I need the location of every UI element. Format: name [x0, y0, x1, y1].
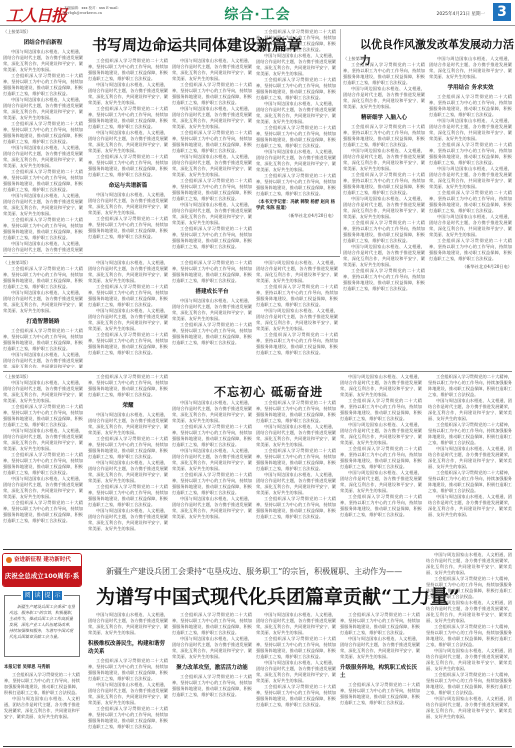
subhead: 搭建成长平台	[172, 287, 252, 295]
paragraph: 中国与周边国家山水相连、人文相通，团结合作是时代主题，各方携手推进发展繁荣，深化…	[343, 196, 425, 220]
paragraph: 工会组织深入学习贯彻党的二十大精神，坚持以职工为中心的工作导向，持续加强服务阵地…	[88, 58, 168, 82]
article4-col6: 工会组织深入学习贯彻党的二十大精神，坚持以职工为中心的工作导向，持续加强服务阵地…	[428, 374, 512, 546]
paragraph: 中国与周边国家山水相连、人文相通，团结合作是时代主题，各方携手推进发展繁荣，深化…	[88, 260, 168, 284]
article4-col4: 工会组织深入学习贯彻党的二十大精神，坚持以职工为中心的工作导向，持续加强服务阵地…	[256, 400, 336, 546]
paragraph: 工会组织深入学习贯彻党的二十大精神，坚持以职工为中心的工作导向，持续加强服务阵地…	[429, 190, 512, 214]
paragraph: 中国与周边国家山水相连、人文相通，团结合作是时代主题，各方携手推进发展繁荣，深化…	[88, 308, 168, 332]
paragraph: 工会组织深入学习贯彻党的二十大精神，坚持以职工为中心的工作导向，持续加强服务阵地…	[88, 284, 168, 308]
paragraph: 中国与周边国家山水相连、人文相通，团结合作是时代主题，各方携手推进发展繁荣，深化…	[3, 428, 83, 452]
title-char: 阅	[23, 591, 32, 600]
paragraph: 工会组织深入学习贯彻党的二十大精神，坚持以职工为中心的工作导向，持续加强服务阵地…	[172, 82, 252, 106]
paragraph: 中国与周边国家山水相连、人文相通，团结合作是时代主题，各方携手推进发展繁荣，深化…	[3, 241, 83, 254]
paragraph: 中国与周边国家山水相连、人文相通，团结合作是时代主题，各方携手推进发展繁荣，深化…	[256, 53, 336, 77]
paragraph: 工会组织深入学习贯彻党的二十大精神，坚持以职工为中心的工作导向，持续加强服务阵地…	[3, 121, 83, 145]
paragraph: 中国与周边国家山水相连、人文相通，团结合作是时代主题，各方携手推进发展繁荣，深化…	[256, 472, 336, 496]
paragraph: 工会组织深入学习贯彻党的二十大精神，坚持以职工为中心的工作导向，持续加强服务阵地…	[3, 500, 83, 524]
paragraph: 中国与周边国家山水相连、人文相通，团结合作是时代主题，各方携手推进发展繁荣，深化…	[172, 496, 252, 520]
paragraph: 工会组织深入学习贯彻党的二十大精神，坚持以职工为中心的工作导向，持续加强服务阵地…	[88, 706, 168, 730]
paragraph: 中国与周边国家山水相连、人文相通，团结合作是时代主题，各方携手推进发展繁荣，深化…	[429, 214, 512, 238]
paragraph: 中国与周边国家山水相连、人文相通，团结合作是时代主题，各方携手推进发展繁荣，深化…	[172, 448, 252, 472]
paragraph: 工会组织深入学习贯彻党的二十大精神，坚持以职工为中心的工作导向，持续加强服务阵地…	[172, 178, 252, 202]
paragraph: 工会组织深入学习贯彻党的二十大精神，坚持以职工为中心的工作导向，持续加强服务阵地…	[340, 398, 422, 422]
subhead: 打造智慧链路	[3, 317, 83, 325]
paragraph: 中国与周边国家山水相连、人文相通，团结合作是时代主题，各方携手推进发展繁荣，深化…	[88, 612, 168, 636]
paragraph: 中国与周边国家山水相连、人文相通，团结合作是时代主题，各方携手推进发展繁荣，深化…	[172, 154, 252, 178]
paragraph: 中国与周边国家山水相连、人文相通，团结合作是时代主题，各方携手推进发展繁荣，深化…	[426, 600, 512, 624]
article5-col6: 中国与周边国家山水相连、人文相通，团结合作是时代主题，各方携手推进发展繁荣，深化…	[426, 552, 512, 746]
paragraph: 工会组织深入学习贯彻党的二十大精神，坚持以职工为中心的工作导向，持续加强服务阵地…	[3, 328, 83, 352]
paragraph: 工会组织深入学习贯彻党的二十大精神，坚持以职工为中心的工作导向，持续加强服务阵地…	[343, 220, 425, 244]
paragraph: 中国与周边国家山水相连、人文相通，团结合作是时代主题，各方携手推进发展繁荣，深化…	[426, 552, 512, 576]
paragraph: 中国与周边国家山水相连、人文相通，团结合作是时代主题，各方携手推进发展繁荣，深化…	[172, 636, 252, 660]
paragraph: 中国与周边国家山水相连、人文相通，团结合作是时代主题，各方携手推进发展繁荣，深化…	[172, 298, 252, 322]
paragraph: 工会组织深入学习贯彻党的二十大精神，坚持以职工为中心的工作导向，持续加强服务阵地…	[340, 494, 422, 518]
paragraph: 工会组织深入学习贯彻党的二十大精神，坚持以职工为中心的工作导向，持续加强服务阵地…	[256, 684, 336, 708]
paragraph: 中国与周边国家山水相连、人文相通，团结合作是时代主题，各方携手推进发展繁荣，深化…	[340, 636, 420, 660]
article5-headline: 为谱写中国式现代化兵团篇章贡献“工力量”	[96, 582, 460, 609]
paragraph: 工会组织深入学习贯彻党的二十大精神，坚持以职工为中心的工作导向，持续加强服务阵地…	[172, 424, 252, 448]
paragraph: 工会组织深入学习贯彻党的二十大精神，坚持以职工为中心的工作导向，持续加强服务阵地…	[429, 142, 512, 166]
article4-col1: （上接第1版） 中国与周边国家山水相连、人文相通，团结合作是时代主题，各方携手推…	[3, 374, 83, 546]
article1-col3: 中国与周边国家山水相连、人文相通，团结合作是时代主题，各方携手推进发展繁荣，深化…	[172, 58, 252, 254]
paragraph: 中国与周边国家山水相连、人文相通，团结合作是时代主题，各方携手推进发展繁荣，深化…	[343, 244, 425, 268]
paragraph: 工会组织深入学习贯彻党的二十大精神，坚持以职工为中心的工作导向，持续加强服务阵地…	[88, 374, 168, 398]
paragraph: 中国与周边国家山水相连、人文相通，团结合作是时代主题，各方携手推进发展繁荣，深化…	[428, 494, 512, 518]
paragraph: 中国与周边国家山水相连、人文相通，团结合作是时代主题，各方携手推进发展繁荣，深化…	[256, 612, 336, 636]
paragraph: 中国与周边国家山水相连、人文相通，团结合作是时代主题，各方携手推进发展繁荣，深化…	[340, 422, 422, 446]
paragraph: 工会组织深入学习贯彻党的二十大精神，坚持以职工为中心的工作导向，持续加强服务阵地…	[428, 470, 512, 494]
paragraph: 中国与周边国家山水相连、人文相通，团结合作是时代主题，各方携手推进发展繁荣，深化…	[88, 412, 168, 436]
paragraph: 中国与周边国家山水相连、人文相通，团结合作是时代主题，各方携手推进发展繁荣，深化…	[340, 374, 422, 398]
paragraph: 工会组织深入学习贯彻党的二十大精神，坚持以职工为中心的工作导向，持续加强服务阵地…	[256, 636, 336, 660]
page-number-badge: 3	[493, 3, 511, 21]
paragraph: 中国与周边国家山水相连、人文相通，团结合作是时代主题，各方携手推进发展繁荣，深化…	[429, 118, 512, 142]
paragraph: 中国与周边国家山水相连、人文相通，团结合作是时代主题，各方携手推进发展繁荣，深化…	[3, 380, 83, 404]
paragraph: 中国与周边国家山水相连、人文相通，团结合作是时代主题，各方携手推进发展繁荣，深化…	[256, 424, 336, 448]
paragraph: 中国与周边国家山水相连、人文相通，团结合作是时代主题，各方携手推进发展繁荣，深化…	[3, 352, 83, 368]
paragraph: 工会组织深入学习贯彻党的二十大精神，坚持以职工为中心的工作导向，持续加强服务阵地…	[256, 448, 336, 472]
paragraph: 工会组织深入学习贯彻党的二十大精神，坚持以职工为中心的工作导向，持续加强服务阵地…	[88, 216, 168, 240]
article1-col4: 工会组织深入学习贯彻党的二十大精神，坚持以职工为中心的工作导向，持续加强服务阵地…	[256, 29, 336, 254]
subhead: 升级服务阵地，构筑职工成长沃土	[340, 663, 420, 679]
subhead: 聚力改革攻坚，激活活力动能	[172, 663, 252, 671]
paragraph: 工会组织深入学习贯彻党的二十大精神，坚持以职工为中心的工作导向，持续加强服务阵地…	[172, 260, 252, 284]
paragraph: 工会组织深入学习贯彻党的二十大精神，坚持以职工为中心的工作导向，持续加强服务阵地…	[88, 332, 168, 356]
banner-top: 奋进新征程 建功新时代	[3, 554, 81, 566]
paragraph: 中国与周边国家山水相连、人文相通，团结合作是时代主题，各方携手推进发展繁荣，深化…	[172, 106, 252, 130]
paragraph: 工会组织深入学习贯彻党的二十大精神，坚持以职工为中心的工作导向，持续加强服务阵地…	[88, 484, 168, 508]
paragraph: 中国与周边国家山水相连、人文相通，团结合作是时代主题，各方携手推进发展繁荣，深化…	[256, 260, 338, 284]
banner-bottom-text: 庆祝全总成立100周年·系列	[3, 566, 81, 586]
paragraph: 工会组织深入学习贯彻党的二十大精神，坚持以职工为中心的工作导向，持续加强服务阵地…	[343, 172, 425, 196]
title-char: 提	[43, 591, 52, 600]
paragraph: 工会组织深入学习贯彻党的二十大精神，坚持以职工为中心的工作导向，持续加强服务阵地…	[428, 422, 512, 446]
bullet-icon	[6, 557, 12, 563]
paragraph: 中国与周边国家山水相连、人文相通，团结合作是时代主题，各方携手推进发展繁荣，深化…	[172, 202, 252, 226]
paragraph: 中国与周边国家山水相连、人文相通，团结合作是时代主题，各方携手推进发展繁荣，深化…	[256, 149, 336, 173]
paragraph: 中国与周边国家山水相连、人文相通，团结合作是时代主题，各方携手推进发展繁荣，深化…	[429, 166, 512, 190]
paragraph: 中国与周边国家山水相连、人文相通，团结合作是时代主题，各方携手推进发展繁荣，深化…	[3, 290, 83, 314]
paragraph: 工会组织深入学习贯彻党的二十大精神，坚持以职工为中心的工作导向，持续加强服务阵地…	[426, 672, 512, 696]
article3-col3: 工会组织深入学习贯彻党的二十大精神，坚持以职工为中心的工作导向，持续加强服务阵地…	[172, 260, 252, 368]
paragraph: 中国与周边国家山水相连、人文相通，团结合作是时代主题，各方携手推进发展繁荣，深化…	[340, 470, 422, 494]
paragraph: 工会组织深入学习贯彻党的二十大精神，坚持以职工为中心的工作导向，持续加强服务阵地…	[88, 106, 168, 130]
paragraph: 工会组织深入学习贯彻党的二十大精神，坚持以职工为中心的工作导向，持续加强服务阵地…	[256, 125, 336, 149]
column-divider	[340, 29, 341, 254]
paragraph: 中国与周边国家山水相连、人文相通，团结合作是时代主题，各方携手推进发展繁荣，深化…	[88, 82, 168, 106]
paragraph: 工会组织深入学习贯彻党的二十大精神，坚持以职工为中心的工作导向，持续加强服务阵地…	[3, 266, 83, 290]
paragraph: 工会组织深入学习贯彻党的二十大精神，坚持以职工为中心的工作导向，持续加强服务阵地…	[426, 576, 512, 600]
dateline: （新华社北京4月20日电）	[429, 264, 512, 270]
paragraph: 工会组织深入学习贯彻党的二十大精神，坚持以职工为中心的工作导向，持续加强服务阵地…	[429, 238, 512, 262]
paragraph: 中国与周边国家山水相连、人文相通，团结合作是时代主题，各方携手推进发展繁荣，深化…	[426, 696, 512, 720]
paragraph: 工会组织深入学习贯彻党的二十大精神，坚持以职工为中心的工作导向，持续加强服务阵地…	[429, 94, 512, 118]
paragraph: 工会组织深入学习贯彻党的二十大精神，坚持以职工为中心的工作导向，持续加强服务阵地…	[343, 268, 425, 292]
paragraph: 中国与周边国家山水相连、人文相通，团结合作是时代主题，各方携手推进发展繁荣，深化…	[428, 446, 512, 470]
paragraph: 工会组织深入学习贯彻党的二十大精神，坚持以职工为中心的工作导向，持续加强服务阵地…	[88, 658, 168, 682]
paragraph: 工会组织深入学习贯彻党的二十大精神，坚持以职工为中心的工作导向，持续加强服务阵地…	[428, 374, 512, 398]
article4-col5: 中国与周边国家山水相连、人文相通，团结合作是时代主题，各方携手推进发展繁荣，深化…	[340, 374, 422, 546]
paragraph: 工会组织深入学习贯彻党的二十大精神，坚持以职工为中心的工作导向，持续加强服务阵地…	[256, 496, 336, 520]
paragraph: 工会组织深入学习贯彻党的二十大精神，坚持以职工为中心的工作导向，持续加强服务阵地…	[172, 472, 252, 496]
paragraph: 工会组织深入学习贯彻党的二十大精神，坚持以职工为中心的工作导向，持续加强服务阵地…	[256, 284, 338, 308]
banner-top-text: 奋进新征程 建功新时代	[14, 557, 71, 563]
article5-col1: 本报记者 吴铎思 马秀娟 工会组织深入学习贯彻党的二十大精神，坚持以职工为中心的…	[4, 662, 80, 746]
subhead: 命运与共谱新篇	[88, 181, 168, 189]
paragraph: 工会组织深入学习贯彻党的二十大精神，坚持以职工为中心的工作导向，持续加强服务阵地…	[340, 682, 420, 706]
title-char: 读	[33, 591, 42, 600]
paragraph: 工会组织深入学习贯彻党的二十大精神，坚持以职工为中心的工作导向，持续加强服务阵地…	[426, 624, 512, 648]
paragraph: 工会组织深入学习贯彻党的二十大精神，坚持以职工为中心的工作导向，持续加强服务阵地…	[256, 173, 336, 197]
paragraph: 中国与周边国家山水相连、人文相通，团结合作是时代主题，各方携手推进发展繁荣，深化…	[172, 58, 252, 82]
article2-col1: （上接第1版） 工会组织深入学习贯彻党的二十大精神，坚持以职工为中心的工作导向，…	[343, 56, 425, 368]
paragraph: 中国与周边国家山水相连、人文相通，团结合作是时代主题，各方携手推进发展繁荣，深化…	[88, 460, 168, 484]
series-banner[interactable]: 奋进新征程 建功新时代 庆祝全总成立100周年·系列	[2, 553, 82, 587]
subhead: 荣耀	[88, 401, 168, 409]
paragraph: 工会组织深入学习贯彻党的二十大精神，坚持以职工为中心的工作导向，持续加强服务阵地…	[343, 62, 425, 86]
article4-col3: 中国与周边国家山水相连、人文相通，团结合作是时代主题，各方携手推进发展繁荣，深化…	[172, 400, 252, 546]
paragraph: 工会组织深入学习贯彻党的二十大精神，坚持以职工为中心的工作导向，持续加强服务阵地…	[256, 29, 336, 53]
masthead: 工人日报 本版编辑：xxx 校对：xxx E-mail: grrbgh@work…	[0, 0, 515, 26]
paragraph: 中国与周边国家山水相连、人文相通，团结合作是时代主题，各方携手推进发展繁荣，深化…	[88, 508, 168, 532]
paragraph: 工会组织深入学习贯彻党的二十大精神，坚持以职工为中心的工作导向，持续加强服务阵地…	[3, 404, 83, 428]
paragraph: 中国与周边国家山水相连、人文相通，团结合作是时代主题，各方携手推进发展繁荣，深化…	[3, 49, 83, 73]
jump-tag: （上接第1版）	[3, 29, 83, 35]
paragraph: 中国与周边国家山水相连、人文相通，团结合作是时代主题，各方携手推进发展繁荣，深化…	[256, 308, 338, 332]
paragraph: 工会组织深入学习贯彻党的二十大精神，坚持以职工为中心的工作导向，持续加强服务阵地…	[88, 436, 168, 460]
article1-col2: 工会组织深入学习贯彻党的二十大精神，坚持以职工为中心的工作导向，持续加强服务阵地…	[88, 58, 168, 254]
bottom-rule	[3, 746, 512, 747]
paragraph: 中国与周边国家山水相连、人文相通，团结合作是时代主题，各方携手推进发展繁荣，深化…	[428, 398, 512, 422]
reading-tip-body: 新疆生产建设兵团工会秉承“屯垦戍边、服务职工”的宗旨，积极履职，主动作为，推动兵…	[9, 604, 76, 640]
paragraph: 中国与周边国家山水相连、人文相通，团结合作是时代主题，各方携手推进发展繁荣，深化…	[172, 400, 252, 424]
paragraph: 中国与周边国家山水相连、人文相通，团结合作是时代主题，各方携手推进发展繁荣，深化…	[88, 682, 168, 706]
article4-col2: 工会组织深入学习贯彻党的二十大精神，坚持以职工为中心的工作导向，持续加强服务阵地…	[88, 374, 168, 546]
paragraph: 中国与周边国家山水相连、人文相通，团结合作是时代主题，各方携手推进发展繁荣，深化…	[343, 148, 425, 172]
issue-date: 2025年4月21日 星期一	[437, 11, 485, 17]
paragraph: 工会组织深入学习贯彻党的二十大精神，坚持以职工为中心的工作导向，持续加强服务阵地…	[343, 124, 425, 148]
article3-col4: 中国与周边国家山水相连、人文相通，团结合作是时代主题，各方携手推进发展繁荣，深化…	[256, 260, 338, 368]
section-divider	[3, 371, 512, 372]
article5-col5: 工会组织深入学习贯彻党的二十大精神，坚持以职工为中心的工作导向，持续加强服务阵地…	[340, 612, 420, 746]
paragraph: 工会组织深入学习贯彻党的二十大精神，坚持以职工为中心的工作导向，持续加强服务阵地…	[340, 612, 420, 636]
paragraph: 工会组织深入学习贯彻党的二十大精神，坚持以职工为中心的工作导向，持续加强服务阵地…	[172, 130, 252, 154]
paragraph: 工会组织深入学习贯彻党的二十大精神，坚持以职工为中心的工作导向，持续加强服务阵地…	[172, 322, 252, 346]
paragraph: 中国与周边国家山水相连、人文相通，团结合作是时代主题，各方携手推进发展繁荣，深化…	[256, 101, 336, 125]
article4-headline: 不忘初心 砥砺奋进	[214, 383, 323, 400]
article5-col3: 工会组织深入学习贯彻党的二十大精神，坚持以职工为中心的工作导向，持续加强服务阵地…	[172, 612, 252, 746]
paragraph: 工会组织深入学习贯彻党的二十大精神，坚持以职工为中心的工作导向，持续加强服务阵地…	[172, 226, 252, 250]
article1-col1: （上接第1版） 团结合作启新程 中国与周边国家山水相连、人文相通，团结合作是时代…	[3, 29, 83, 254]
byline: 本报记者 吴铎思 马秀娟	[4, 664, 80, 670]
paragraph: 中国与周边国家山水相连、人文相通，团结合作是时代主题，各方携手推进发展繁荣，深化…	[3, 97, 83, 121]
subhead: 积极维权改善民生，构建和谐劳动关系	[88, 639, 168, 655]
paragraph: 工会组织深入学习贯彻党的二十大精神，坚持以职工为中心的工作导向，持续加强服务阵地…	[3, 452, 83, 476]
dateline: （新华社北京4月20日电）	[256, 213, 336, 219]
paragraph: 中国与周边国家山水相连、人文相通，团结合作是时代主题，各方携手推进发展繁荣，深化…	[3, 476, 83, 500]
article3-col2: 中国与周边国家山水相连、人文相通，团结合作是时代主题，各方携手推进发展繁荣，深化…	[88, 260, 168, 368]
paragraph: 中国与周边国家山水相连、人文相通，团结合作是时代主题，各方携手推进发展繁荣，深化…	[88, 130, 168, 154]
article2-col2: 中国与周边国家山水相连、人文相通，团结合作是时代主题，各方携手推进发展繁荣，深化…	[429, 56, 512, 368]
paragraph: 中国与周边国家山水相连、人文相通，团结合作是时代主题，各方携手推进发展繁荣，深化…	[429, 56, 512, 80]
subhead: 学用结合 务求实效	[429, 83, 512, 91]
reading-tip-title: 阅 读 提 示	[21, 591, 64, 600]
paragraph: 中国与周边国家山水相连、人文相通，团结合作是时代主题，各方携手推进发展繁荣，深化…	[426, 648, 512, 672]
reading-tip-box: 阅 读 提 示 新疆生产建设兵团工会秉承“屯垦戍边、服务职工”的宗旨，积极履职，…	[4, 595, 80, 657]
paragraph: 工会组织深入学习贯彻党的二十大精神，坚持以职工为中心的工作导向，持续加强服务阵地…	[3, 73, 83, 97]
paragraph: 工会组织深入学习贯彻党的二十大精神，坚持以职工为中心的工作导向，持续加强服务阵地…	[88, 154, 168, 178]
paragraph: 中国与周边国家山水相连、人文相通，团结合作是时代主题，各方携手推进发展繁荣，深化…	[343, 86, 425, 110]
article5-kicker: 新疆生产建设兵团工会秉持“屯垦戍边、服务职工”的宗旨，积极履职、主动作为——	[106, 566, 402, 577]
section-divider	[3, 256, 340, 257]
paragraph: 工会组织深入学习贯彻党的二十大精神，坚持以职工为中心的工作导向，持续加强服务阵地…	[256, 400, 336, 424]
paragraph: 工会组织深入学习贯彻党的二十大精神，坚持以职工为中心的工作导向，持续加强服务阵地…	[340, 446, 422, 470]
paragraph: 工会组织深入学习贯彻党的二十大精神，坚持以职工为中心的工作导向，持续加强服务阵地…	[172, 612, 252, 636]
article5-col2: 中国与周边国家山水相连、人文相通，团结合作是时代主题，各方携手推进发展繁荣，深化…	[88, 612, 168, 746]
subhead: 精研细学 入脑入心	[343, 113, 425, 121]
paragraph: 中国与周边国家山水相连、人文相通，团结合作是时代主题，各方携手推进发展繁荣，深化…	[4, 696, 80, 720]
article3-col1: （上接第1版） 工会组织深入学习贯彻党的二十大精神，坚持以职工为中心的工作导向，…	[3, 260, 83, 368]
paragraph: 中国与周边国家山水相连、人文相通，团结合作是时代主题，各方携手推进发展繁荣，深化…	[3, 145, 83, 169]
paragraph: 工会组织深入学习贯彻党的二十大精神，坚持以职工为中心的工作导向，持续加强服务阵地…	[172, 674, 252, 698]
paragraph: 工会组织深入学习贯彻党的二十大精神，坚持以职工为中心的工作导向，持续加强服务阵地…	[3, 217, 83, 241]
paragraph: 工会组织深入学习贯彻党的二十大精神，坚持以职工为中心的工作导向，持续加强服务阵地…	[3, 169, 83, 193]
subhead: 团结合作启新程	[3, 38, 83, 46]
paragraph: 中国与周边国家山水相连、人文相通，团结合作是时代主题，各方携手推进发展繁荣，深化…	[88, 192, 168, 216]
title-char: 示	[53, 591, 62, 600]
paragraph: 中国与周边国家山水相连、人文相通，团结合作是时代主题，各方携手推进发展繁荣，深化…	[3, 193, 83, 217]
credits: （本书文字记者：冯歆 韩梁 杨舒 赵向 杨学武 朱陈 报道）	[256, 199, 336, 211]
paragraph: 中国与周边国家山水相连、人文相通，团结合作是时代主题，各方携手推进发展繁荣，深化…	[256, 660, 336, 684]
paragraph: 工会组织深入学习贯彻党的二十大精神，坚持以职工为中心的工作导向，持续加强服务阵地…	[256, 332, 338, 356]
paragraph: 工会组织深入学习贯彻党的二十大精神，坚持以职工为中心的工作导向，持续加强服务阵地…	[4, 672, 80, 696]
section-divider	[3, 549, 512, 550]
article5-col4: 中国与周边国家山水相连、人文相通，团结合作是时代主题，各方携手推进发展繁荣，深化…	[256, 612, 336, 746]
paragraph: 工会组织深入学习贯彻党的二十大精神，坚持以职工为中心的工作导向，持续加强服务阵地…	[256, 77, 336, 101]
